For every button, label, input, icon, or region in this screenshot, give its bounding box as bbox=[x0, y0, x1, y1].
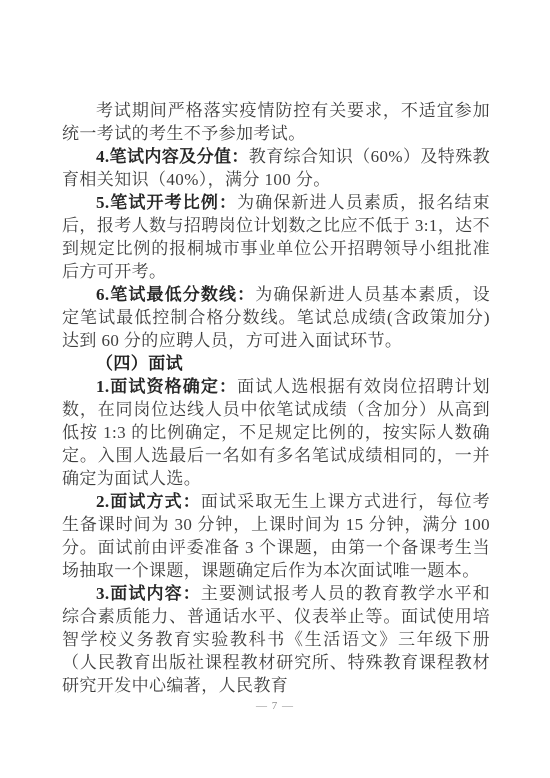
paragraph-label: 5.笔试开考比例： bbox=[96, 193, 237, 212]
paragraph-interview-method: 2.面试方式：面试采取无生上课方式进行，每位考生备课时间为 30 分钟，上课时间… bbox=[62, 490, 490, 582]
section-heading-interview: （四）面试 bbox=[62, 352, 490, 375]
paragraph-label: 2.面试方式： bbox=[96, 492, 201, 511]
paragraph-text: 考试期间严格落实疫情防控有关要求，不适宜参加统一考试的考生不予参加考试。 bbox=[62, 101, 490, 143]
paragraph-written-exam-content: 4.笔试内容及分值：教育综合知识（60%）及特殊教育相关知识（40%），满分 1… bbox=[62, 145, 490, 191]
section-heading-label: （四）面试 bbox=[96, 354, 183, 373]
paragraph-exam-epidemic-notice: 考试期间严格落实疫情防控有关要求，不适宜参加统一考试的考生不予参加考试。 bbox=[62, 99, 490, 145]
paragraph-label: 3.面试内容： bbox=[96, 584, 201, 603]
paragraph-written-exam-minimum-score: 6.笔试最低分数线：为确保新进人员基本素质，设定笔试最低控制合格分数线。笔试总成… bbox=[62, 283, 490, 352]
page-number: — 7 — bbox=[0, 699, 550, 713]
document-body: 考试期间严格落实疫情防控有关要求，不适宜参加统一考试的考生不予参加考试。 4.笔… bbox=[62, 99, 490, 697]
paragraph-interview-qualification: 1.面试资格确定：面试人选根据有效岗位招聘计划数，在同岗位达线人员中依笔试成绩（… bbox=[62, 375, 490, 490]
paragraph-label: 6.笔试最低分数线： bbox=[96, 285, 255, 304]
paragraph-written-exam-ratio: 5.笔试开考比例：为确保新进人员素质，报名结束后，报考人数与招聘岗位计划数之比应… bbox=[62, 191, 490, 283]
paragraph-label: 1.面试资格确定： bbox=[96, 377, 237, 396]
paragraph-label: 4.笔试内容及分值： bbox=[96, 147, 249, 166]
paragraph-interview-content: 3.面试内容：主要测试报考人员的教育教学水平和综合素质能力、普通话水平、仪表举止… bbox=[62, 582, 490, 697]
document-page: 考试期间严格落实疫情防控有关要求，不适宜参加统一考试的考生不予参加考试。 4.笔… bbox=[0, 0, 550, 778]
